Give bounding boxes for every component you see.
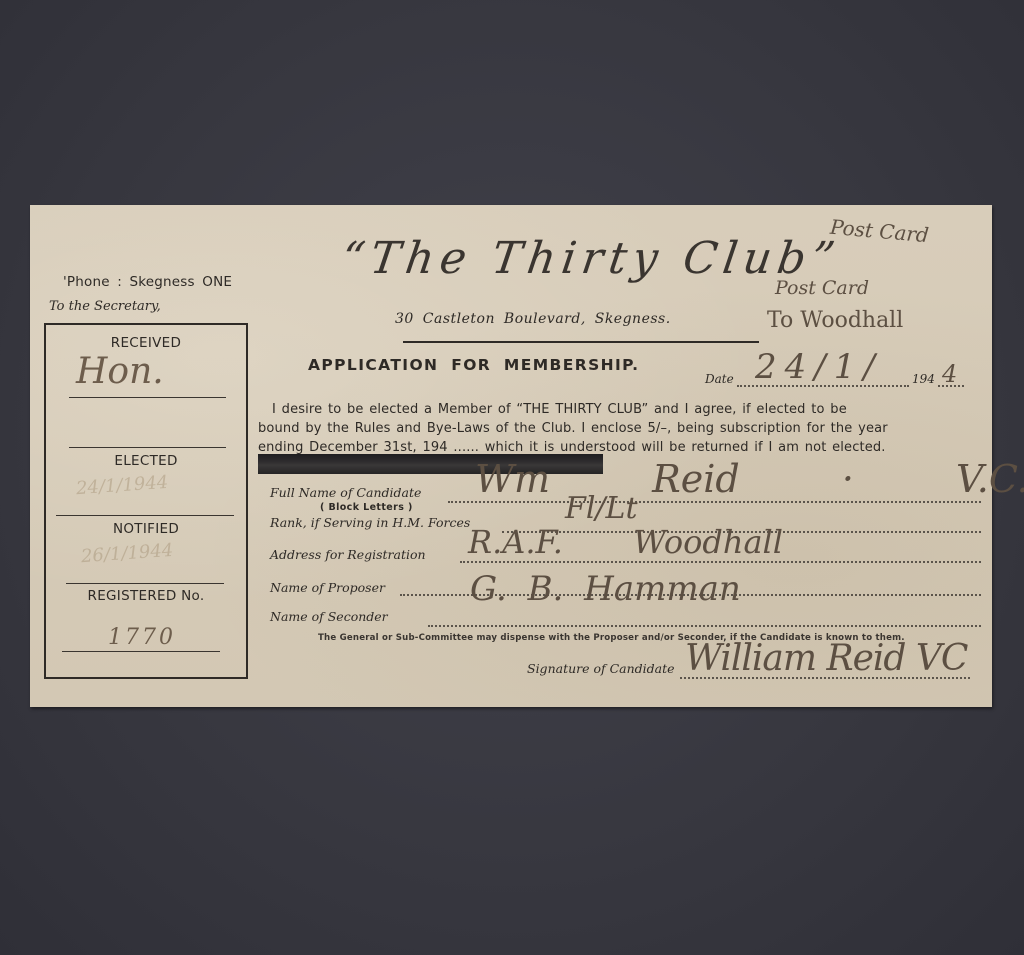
notified-rule (56, 515, 234, 516)
block-letters-note: ( Block Letters ) (320, 502, 413, 513)
rank-value: Fl/Lt (565, 491, 638, 526)
registered-label: REGISTERED No. (46, 588, 246, 604)
notified-value: 26/1/1944 (80, 540, 174, 567)
annotation-post-card: Post Card (775, 277, 869, 299)
full-name-value: Wm Reid · V.C. (475, 457, 1024, 501)
registered-line (62, 651, 220, 652)
registered-value: 1770 (108, 625, 176, 650)
received-label: RECEIVED (46, 335, 246, 351)
proposer-label: Name of Proposer (270, 580, 385, 595)
full-name-label: Full Name of Candidate (270, 485, 421, 500)
year-dotted-line (938, 385, 964, 387)
club-name: “The Thirty Club” (338, 233, 843, 284)
membership-card: 'Phone : Skegness ONE To the Secretary, … (30, 205, 992, 707)
address-line (460, 561, 981, 563)
declaration-line-1: I desire to be elected a Member of “THE … (272, 402, 847, 417)
elected-value: 24/1/1944 (75, 472, 169, 499)
form-title: APPLICATION FOR MEMBERSHIP. (308, 356, 639, 374)
annotation-to-woodhall: To Woodhall (767, 308, 903, 333)
received-line (69, 397, 226, 398)
seconder-label: Name of Seconder (270, 609, 388, 624)
date-label: Date (705, 372, 734, 386)
office-use-box: RECEIVED Hon. ELECTED 24/1/1944 NOTIFIED… (44, 323, 248, 679)
address-label: Address for Registration (270, 547, 426, 562)
seconder-line (428, 625, 981, 627)
notified-label: NOTIFIED (46, 521, 246, 537)
date-value: 24/1/ (755, 347, 883, 387)
date-year-suffix: 4 (942, 360, 957, 388)
club-address: 30 Castleton Boulevard, Skegness. (395, 311, 671, 327)
date-year-prefix: 194 (912, 372, 935, 386)
proposer-value: G. B. Hamman (470, 569, 741, 609)
signature-label: Signature of Candidate (527, 661, 675, 676)
declaration-line-2: bound by the Rules and Bye-Laws of the C… (258, 421, 888, 436)
rank-label: Rank, if Serving in H.M. Forces (270, 515, 470, 530)
received-value: Hon. (76, 351, 164, 392)
declaration-line-3: ending December 31st, 194 ...... which i… (258, 440, 886, 455)
phone-number: 'Phone : Skegness ONE (63, 274, 232, 290)
signature-value: William Reid VC (685, 638, 967, 679)
registered-rule (66, 583, 224, 584)
elected-rule (69, 447, 226, 448)
to-secretary: To the Secretary, (49, 299, 161, 314)
annotation-post-card-top: Post Card (829, 215, 930, 248)
full-name-line (448, 501, 981, 503)
address-value: R.A.F. Woodhall (468, 523, 783, 561)
header-rule (403, 341, 759, 343)
elected-label: ELECTED (46, 453, 246, 469)
